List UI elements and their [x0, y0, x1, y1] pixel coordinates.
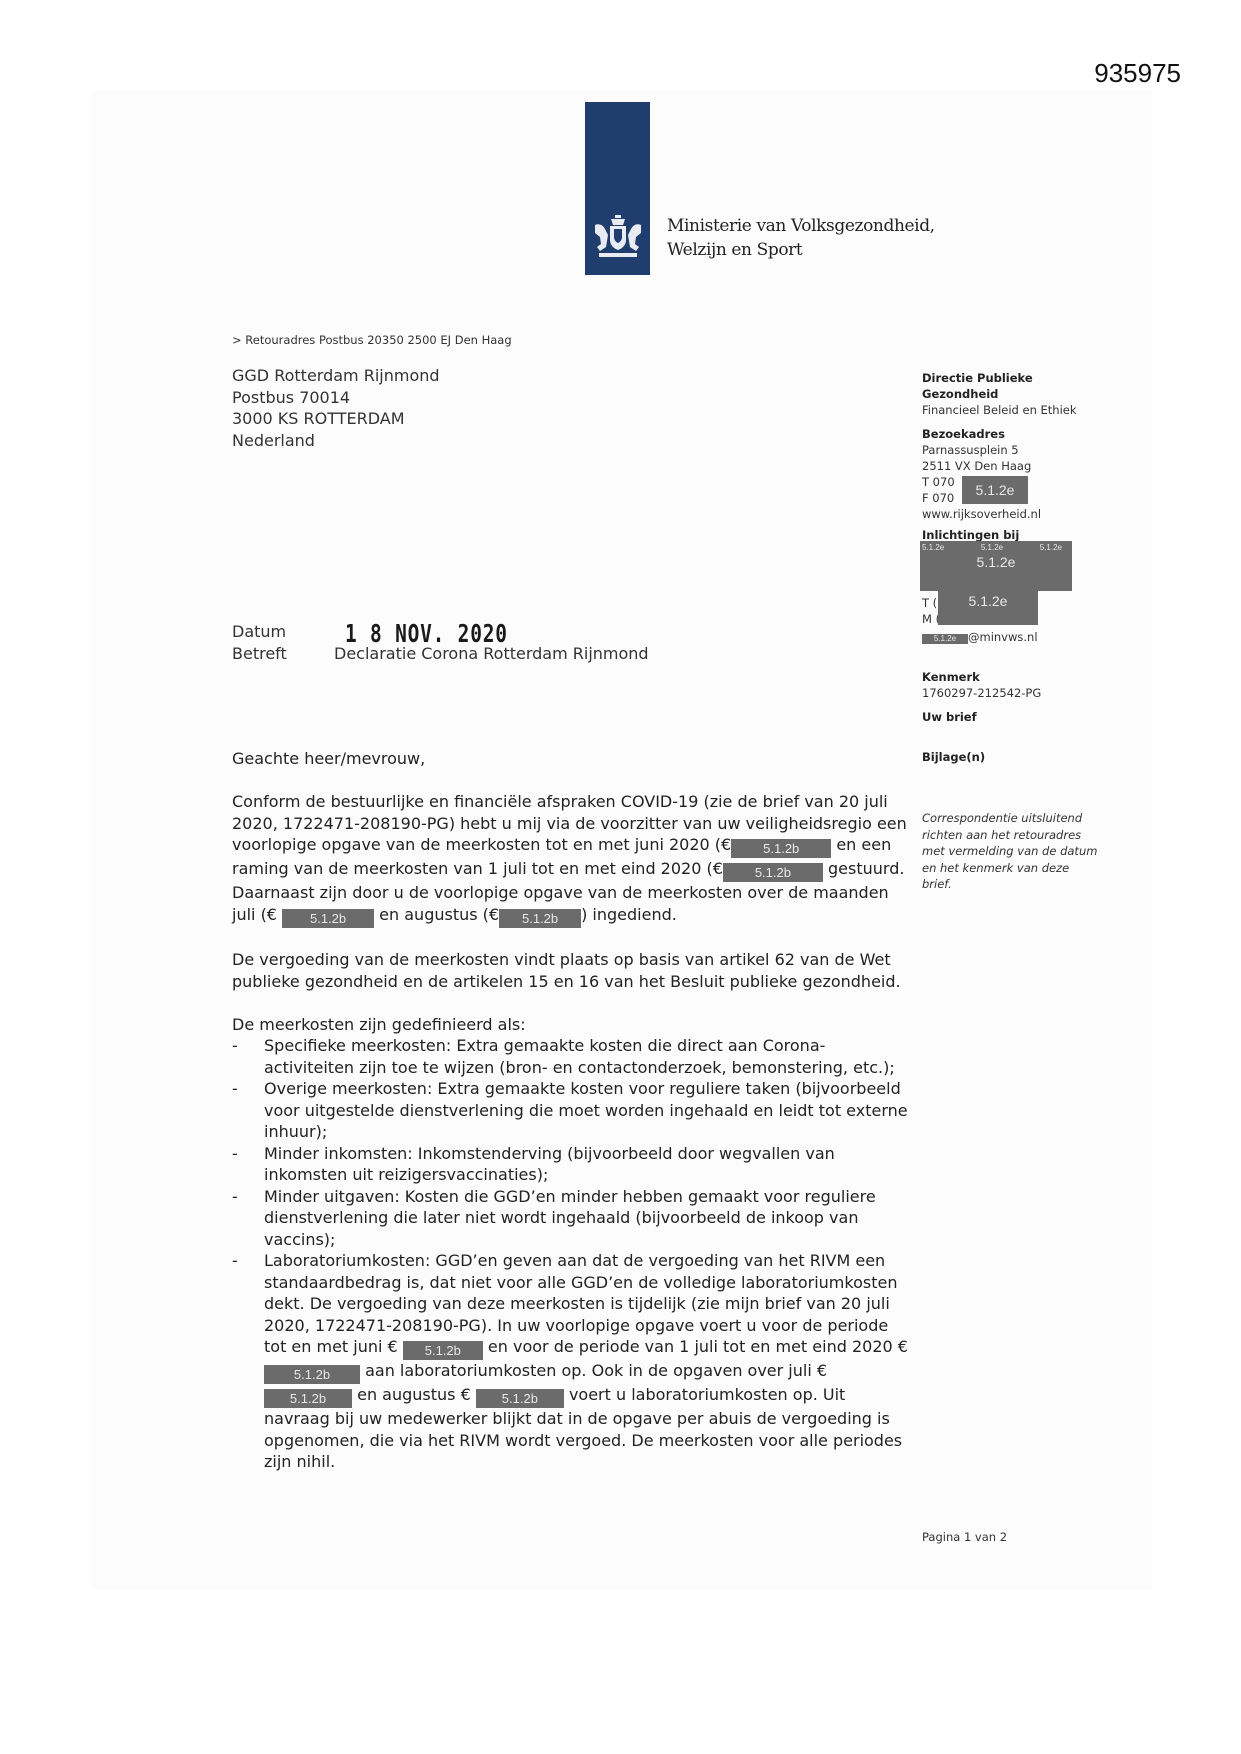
text: aan laboratoriumkosten op. Ook in de opg…: [365, 1361, 827, 1380]
your-letter-label: Uw brief: [922, 709, 1102, 725]
redaction: 5.1.2b: [403, 1341, 483, 1360]
addressee-block: GGD Rotterdam Rijnmond Postbus 70014 300…: [232, 365, 440, 451]
addressee-country: Nederland: [232, 430, 440, 452]
info-redaction: 5.1.2e: [920, 553, 1072, 571]
redaction: 5.1.2b: [499, 909, 581, 928]
cost-definitions-list: Specifieke meerkosten: Extra gemaakte ko…: [232, 1035, 912, 1473]
paragraph-declaration: Conform de bestuurlijke en financiële af…: [232, 791, 912, 928]
department-line1: Directie Publieke: [922, 370, 1102, 386]
page-number: Pagina 1 van 2: [922, 1530, 1007, 1544]
list-item: Minder uitgaven: Kosten die GGD’en minde…: [232, 1186, 912, 1251]
text: en augustus €: [357, 1385, 471, 1404]
ministry-name-line2: Welzijn en Sport: [667, 238, 935, 262]
visit-address-label: Bezoekadres: [922, 426, 1102, 442]
document-number: 935975: [1094, 58, 1181, 89]
salutation: Geachte heer/mevrouw,: [232, 748, 912, 770]
list-item: Specifieke meerkosten: Extra gemaakte ko…: [232, 1035, 912, 1078]
sub-department: Financieel Beleid en Ethiek: [922, 402, 1102, 418]
visit-postal-city: 2511 VX Den Haag: [922, 458, 1102, 474]
text: en augustus (€: [379, 905, 499, 924]
text: en voor de periode van 1 juli tot en met…: [488, 1337, 908, 1356]
redaction: 5.1.2b: [731, 839, 831, 858]
letter-body: Geachte heer/mevrouw, Conform de bestuur…: [232, 748, 912, 1473]
attachments-label: Bijlage(n): [922, 749, 1102, 765]
text: ) ingediend.: [581, 905, 677, 924]
redaction: 5.1.2b: [476, 1389, 564, 1408]
list-intro: De meerkosten zijn gedefinieerd als:: [232, 1014, 912, 1036]
email-domain: @minvws.nl: [968, 630, 1038, 644]
list-item: Overige meerkosten: Extra gemaakte koste…: [232, 1078, 912, 1143]
redaction: 5.1.2b: [264, 1389, 352, 1408]
redaction: 5.1.2b: [282, 909, 374, 928]
email-redaction: 5.1.2e: [922, 634, 968, 644]
ministry-logo: [585, 102, 650, 275]
info-redaction-small: 5.1.2e: [1040, 543, 1062, 553]
addressee-postbus: Postbus 70014: [232, 387, 440, 409]
date-row: Datum: [232, 622, 334, 641]
website-link[interactable]: www.rijksoverheid.nl: [922, 506, 1102, 522]
paragraph-legal-basis: De vergoeding van de meerkosten vindt pl…: [232, 949, 912, 992]
info-redaction-small: 5.1.2e: [922, 543, 944, 553]
redaction: 5.1.2b: [264, 1365, 360, 1384]
correspondence-note: Correspondentie uitsluitend richten aan …: [922, 810, 1102, 893]
subject-value: Declaratie Corona Rotterdam Rijnmond: [334, 644, 649, 663]
subject-label: Betreft: [232, 644, 334, 663]
info-redaction-small: 5.1.2e: [981, 543, 1003, 553]
visit-street: Parnassusplein 5: [922, 442, 1102, 458]
contact-redaction: 5.1.2e: [938, 583, 1038, 625]
list-item: Minder inkomsten: Inkomstenderving (bijv…: [232, 1143, 912, 1186]
return-address: > Retouradres Postbus 20350 2500 EJ Den …: [232, 333, 512, 347]
addressee-name: GGD Rotterdam Rijnmond: [232, 365, 440, 387]
addressee-city: 3000 KS ROTTERDAM: [232, 408, 440, 430]
phone-redaction: 5.1.2e: [962, 476, 1028, 504]
ministry-name: Ministerie van Volksgezondheid, Welzijn …: [667, 214, 935, 262]
subject-row: BetreftDeclaratie Corona Rotterdam Rijnm…: [232, 644, 649, 663]
sender-sidebar: Directie Publieke Gezondheid Financieel …: [922, 370, 1102, 765]
ministry-name-line1: Ministerie van Volksgezondheid,: [667, 214, 935, 238]
coat-of-arms-icon: [591, 213, 645, 261]
redaction: 5.1.2b: [723, 863, 823, 882]
reference-value: 1760297-212542-PG: [922, 685, 1102, 701]
department-line2: Gezondheid: [922, 386, 1102, 402]
date-label: Datum: [232, 622, 334, 641]
list-item-laboratory: Laboratoriumkosten: GGD’en geven aan dat…: [232, 1250, 912, 1473]
reference-label: Kenmerk: [922, 669, 1102, 685]
